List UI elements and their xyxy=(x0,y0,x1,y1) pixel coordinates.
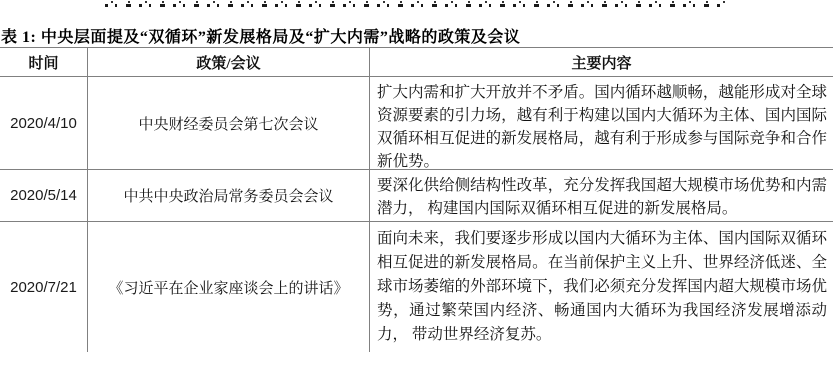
policy-value: 中央财经委员会第七次会议 xyxy=(138,113,318,134)
table-title: 表 1: 中央层面提及“双循环”新发展格局及“扩大内需”战略的政策及会议 xyxy=(1,24,520,47)
cell-date: 2020/7/21 xyxy=(0,222,88,352)
cropped-text-remnant xyxy=(105,1,727,7)
document-page: 表 1: 中央层面提及“双循环”新发展格局及“扩大内需”战略的政策及会议 时间 … xyxy=(0,0,833,372)
date-value: 2020/7/21 xyxy=(10,279,77,296)
policy-value: 中共中央政治局常务委员会会议 xyxy=(123,185,333,206)
table-header-row: 时间 政策/会议 主要内容 xyxy=(0,47,833,77)
cell-content: 面向未来，我们要逐步形成以国内大循环为主体、国内国际双循环相互促进的新发展格局。… xyxy=(370,222,833,352)
cell-policy: 中央财经委员会第七次会议 xyxy=(88,77,370,169)
cell-content: 要深化供给侧结构性改革，充分发挥我国超大规模市场优势和内需潜力， 构建国内国际双… xyxy=(370,170,833,221)
date-value: 2020/4/10 xyxy=(10,115,77,132)
table-row: 2020/5/14 中共中央政治局常务委员会会议 要深化供给侧结构性改革，充分发… xyxy=(0,170,833,222)
cell-content: 扩大内需和扩大开放并不矛盾。国内循环越顺畅，越能形成对全球资源要素的引力场，越有… xyxy=(370,77,833,169)
cell-policy: 中共中央政治局常务委员会会议 xyxy=(88,170,370,221)
policy-table: 时间 政策/会议 主要内容 2020/4/10 中央财经委员会第七次会议 扩大内… xyxy=(0,47,833,352)
policy-value: 《习近平在企业家座谈会上的讲话》 xyxy=(108,277,348,298)
cell-date: 2020/4/10 xyxy=(0,77,88,169)
table-row: 2020/7/21 《习近平在企业家座谈会上的讲话》 面向未来，我们要逐步形成以… xyxy=(0,222,833,352)
date-value: 2020/5/14 xyxy=(10,187,77,204)
column-header-policy: 政策/会议 xyxy=(88,48,370,76)
table-row: 2020/4/10 中央财经委员会第七次会议 扩大内需和扩大开放并不矛盾。国内循… xyxy=(0,77,833,170)
cell-policy: 《习近平在企业家座谈会上的讲话》 xyxy=(88,222,370,352)
column-header-content: 主要内容 xyxy=(370,48,833,76)
column-header-time: 时间 xyxy=(0,48,88,76)
cell-date: 2020/5/14 xyxy=(0,170,88,221)
